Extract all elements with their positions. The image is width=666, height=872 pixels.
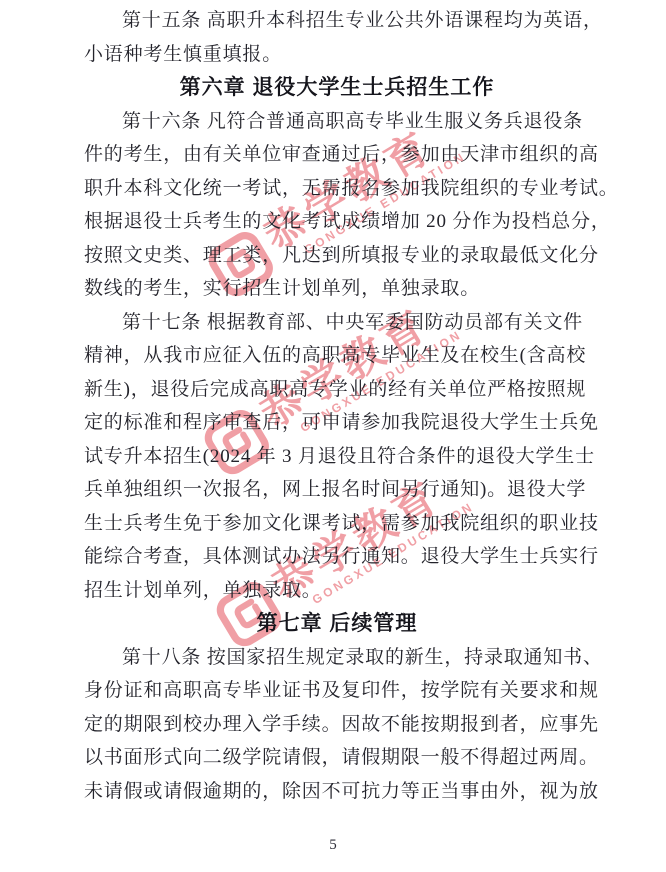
chapter-6-heading: 第六章 退役大学生士兵招生工作 [84,71,590,105]
text-line: 未请假或请假逾期的，除因不可抗力等正当事由外，视为放 [84,775,590,809]
text-line: 定的标准和程序审查后，可申请参加我院退役大学生士兵免 [84,406,590,440]
text-line: 第十八条 按国家招生规定录取的新生，持录取通知书、 [84,641,590,675]
text-line: 招生计划单列，单独录取。 [84,574,590,608]
text-line: 根据退役士兵考生的文化考试成绩增加 20 分作为投档总分， [84,205,590,239]
text-line: 身份证和高职高专毕业证书及复印件，按学院有关要求和规 [84,674,590,708]
text-line: 第十六条 凡符合普通高职高专毕业生服义务兵退役条 [84,105,590,139]
document-body: 第十五条 高职升本科招生专业公共外语课程均为英语，小语种考生慎重填报。 第六章 … [84,4,590,808]
text-line: 件的考生，由有关单位审查通过后，参加由天津市组织的高 [84,138,590,172]
text-line: 能综合考查，具体测试办法另行通知。退役大学生士兵实行 [84,540,590,574]
text-line: 以书面形式向二级学院请假，请假期限一般不得超过两周。 [84,741,590,775]
para-article-17: 第十七条 根据教育部、中央军委国防动员部有关文件精神，从我市应征入伍的高职高专毕… [84,306,590,608]
text-line: 第十五条 高职升本科招生专业公共外语课程均为英语， [84,4,590,38]
text-line: 数线的考生，实行招生计划单列，单独录取。 [84,272,590,306]
text-line: 第十七条 根据教育部、中央军委国防动员部有关文件 [84,306,590,340]
text-line: 定的期限到校办理入学手续。因故不能按期报到者，应事先 [84,708,590,742]
para-article-15: 第十五条 高职升本科招生专业公共外语课程均为英语，小语种考生慎重填报。 [84,4,590,71]
page-number: 5 [0,837,666,854]
para-article-16: 第十六条 凡符合普通高职高专毕业生服义务兵退役条件的考生，由有关单位审查通过后，… [84,105,590,306]
chapter-7-heading: 第七章 后续管理 [84,607,590,641]
text-line: 生士兵考生免于参加文化课考试，需参加我院组织的职业技 [84,507,590,541]
text-line: 按照文史类、理工类，凡达到所填报专业的录取最低文化分 [84,239,590,273]
text-line: 新生)，退役后完成高职高专学业的经有关单位严格按照规 [84,373,590,407]
para-article-18: 第十八条 按国家招生规定录取的新生，持录取通知书、身份证和高职高专毕业证书及复印… [84,641,590,809]
text-line: 职升本科文化统一考试，无需报名参加我院组织的专业考试。 [84,172,590,206]
text-line: 精神，从我市应征入伍的高职高专毕业生及在校生(含高校 [84,339,590,373]
document-page: 恭学教育 GONGXUE EDUCATION 恭学教育 GONGXUE EDUC… [0,0,666,872]
text-line: 试专升本招生(2024 年 3 月退役且符合条件的退役大学生士 [84,440,590,474]
text-line: 小语种考生慎重填报。 [84,38,590,72]
text-line: 兵单独组织一次报名，网上报名时间另行通知)。退役大学 [84,473,590,507]
